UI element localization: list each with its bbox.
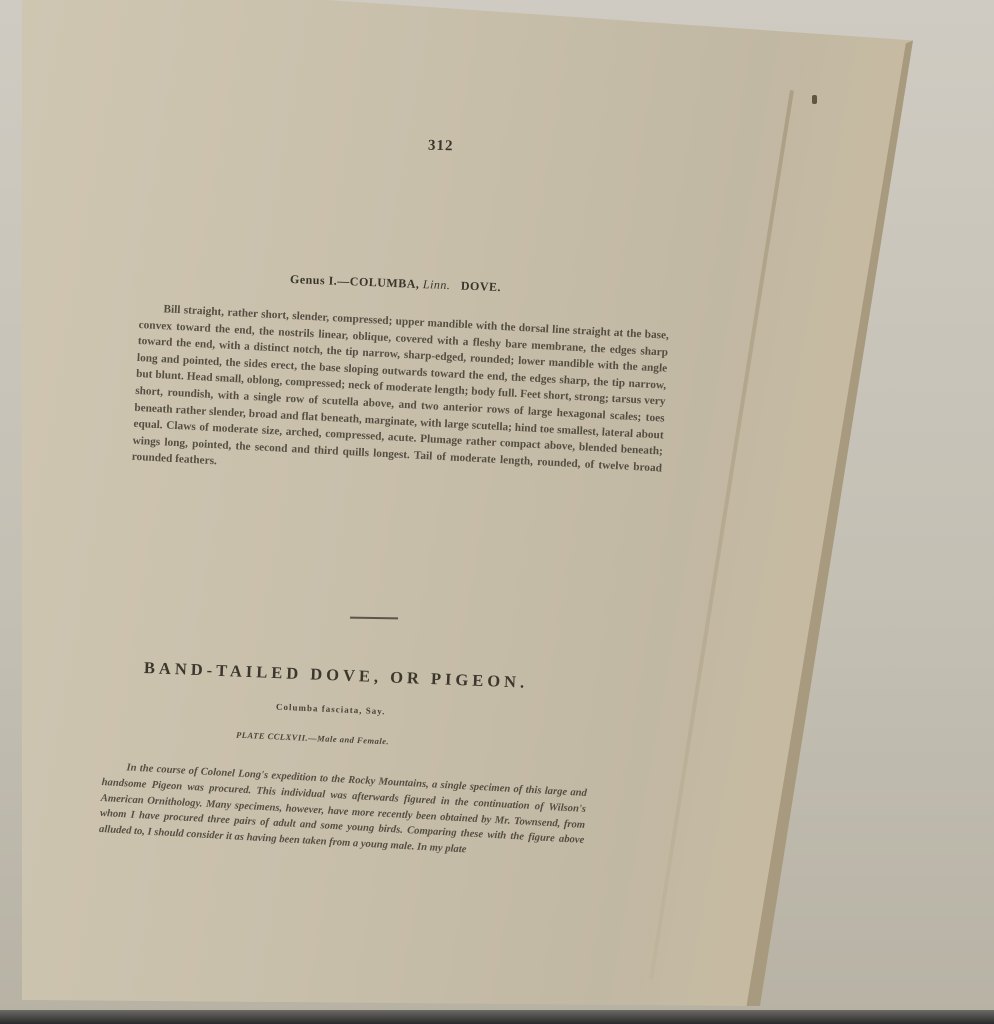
- genus-common-name: DOVE.: [461, 279, 502, 295]
- genus-prefix: Genus I.—COLUMBA,: [290, 272, 420, 291]
- species-text: In the course of Colonel Long's expediti…: [99, 759, 588, 865]
- page-number: 312: [428, 138, 454, 156]
- section-divider: [350, 617, 398, 620]
- genus-description: Bill straight, rather short, slender, co…: [131, 300, 669, 493]
- species-latin-name: Columba fasciata, Say.: [276, 702, 386, 717]
- genus-heading: Genus I.—COLUMBA, Linn. DOVE.: [290, 272, 570, 298]
- page-content: 312 Genus I.—COLUMBA, Linn. DOVE. Bill s…: [0, 0, 994, 1024]
- species-title: BAND-TAILED DOVE, OR PIGEON.: [144, 658, 529, 693]
- genus-authority: Linn.: [423, 277, 451, 292]
- plate-reference: PLATE CCLXVII.—Male and Female.: [236, 730, 389, 747]
